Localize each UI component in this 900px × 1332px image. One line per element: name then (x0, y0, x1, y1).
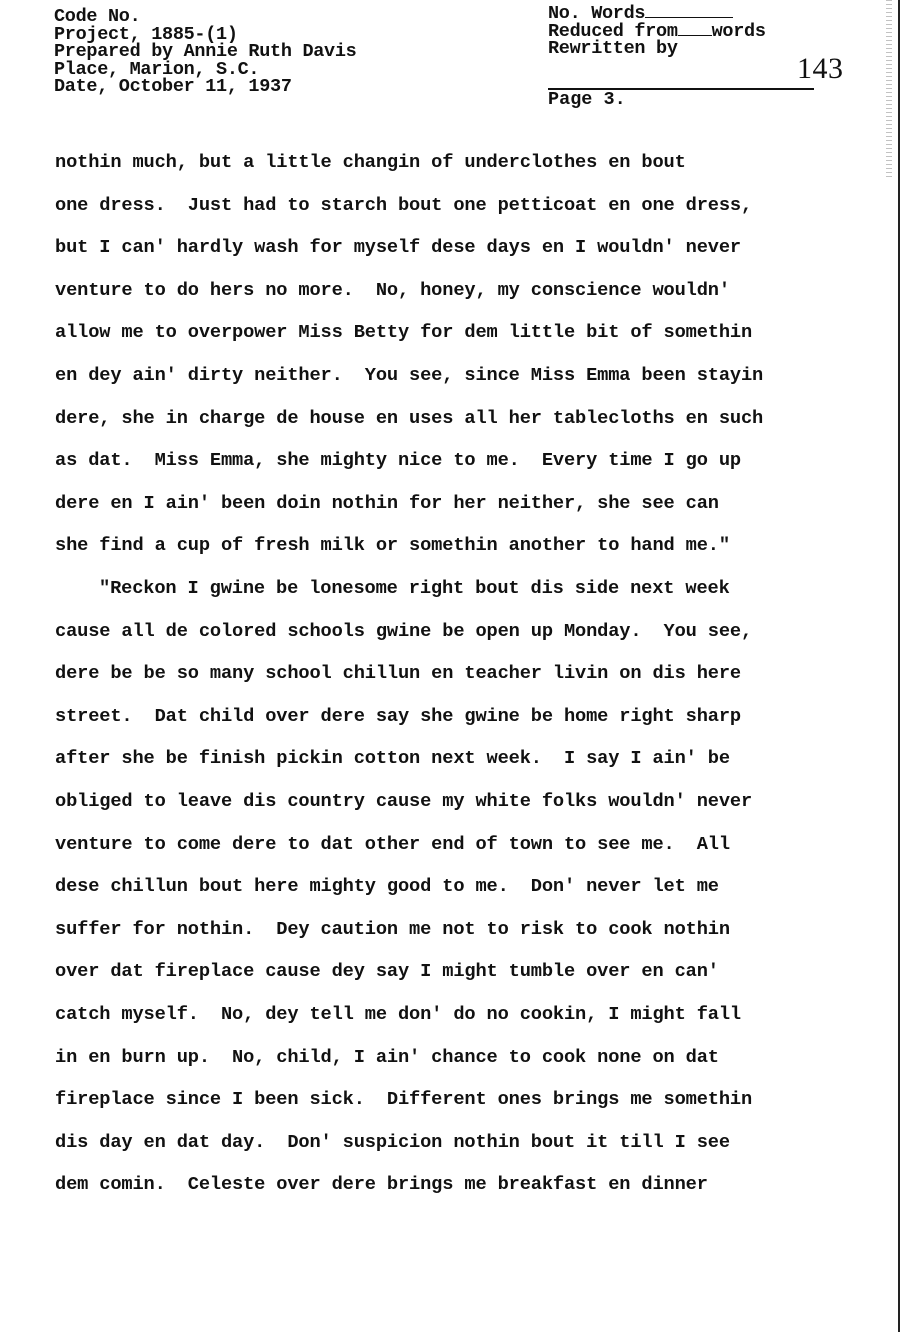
text-line: en dey ain' dirty neither. You see, sinc… (55, 363, 763, 387)
text-line: dere be be so many school chillun en tea… (55, 661, 741, 685)
text-line: dere en I ain' been doin nothin for her … (55, 491, 719, 515)
text-line: one dress. Just had to starch bout one p… (55, 193, 752, 217)
document-page: Code No. Project, 1885-(1) Prepared by A… (0, 0, 900, 1332)
text-line: in en burn up. No, child, I ain' chance … (55, 1045, 719, 1069)
text-line: dis day en dat day. Don' suspicion nothi… (55, 1130, 730, 1154)
date: Date, October 11, 1937 (54, 78, 356, 96)
text-line: venture to do hers no more. No, honey, m… (55, 278, 730, 302)
text-line: "Reckon I gwine be lonesome right bout d… (99, 576, 730, 600)
rewritten-by-row: Rewritten by (548, 40, 766, 58)
text-line: as dat. Miss Emma, she mighty nice to me… (55, 448, 741, 472)
text-line: she find a cup of fresh milk or somethin… (55, 533, 730, 557)
prepared-by: Prepared by Annie Ruth Davis (54, 43, 356, 61)
reduced-words-label: words (712, 21, 766, 42)
code-no: Code No. (54, 8, 356, 26)
header-metadata: Code No. Project, 1885-(1) Prepared by A… (54, 8, 356, 96)
text-line: but I can' hardly wash for myself dese d… (55, 235, 741, 259)
rewritten-by-label: Rewritten by (548, 38, 678, 59)
text-line: suffer for nothin. Dey caution me not to… (55, 917, 730, 941)
scan-edge-noise (886, 0, 892, 180)
text-line: nothin much, but a little changin of und… (55, 150, 686, 174)
text-line: fireplace since I been sick. Different o… (55, 1087, 752, 1111)
reduced-from-blank (678, 23, 712, 36)
text-line: dem comin. Celeste over dere brings me b… (55, 1172, 708, 1196)
no-words-blank (645, 5, 733, 18)
text-line: venture to come dere to dat other end of… (55, 832, 730, 856)
text-line: allow me to overpower Miss Betty for dem… (55, 320, 752, 344)
text-line: dere, she in charge de house en uses all… (55, 406, 763, 430)
text-line: street. Dat child over dere say she gwin… (55, 704, 741, 728)
page-label: Page 3. (548, 90, 626, 110)
text-line: dese chillun bout here mighty good to me… (55, 874, 719, 898)
text-line: over dat fireplace cause dey say I might… (55, 959, 719, 983)
text-line: cause all de colored schools gwine be op… (55, 619, 752, 643)
page-number: 143 (797, 52, 844, 86)
text-line: obliged to leave dis country cause my wh… (55, 789, 752, 813)
text-line: catch myself. No, dey tell me don' do no… (55, 1002, 741, 1026)
text-line: after she be finish pickin cotton next w… (55, 746, 730, 770)
header-word-count: No. Words Reduced fromwords Rewritten by (548, 5, 766, 58)
